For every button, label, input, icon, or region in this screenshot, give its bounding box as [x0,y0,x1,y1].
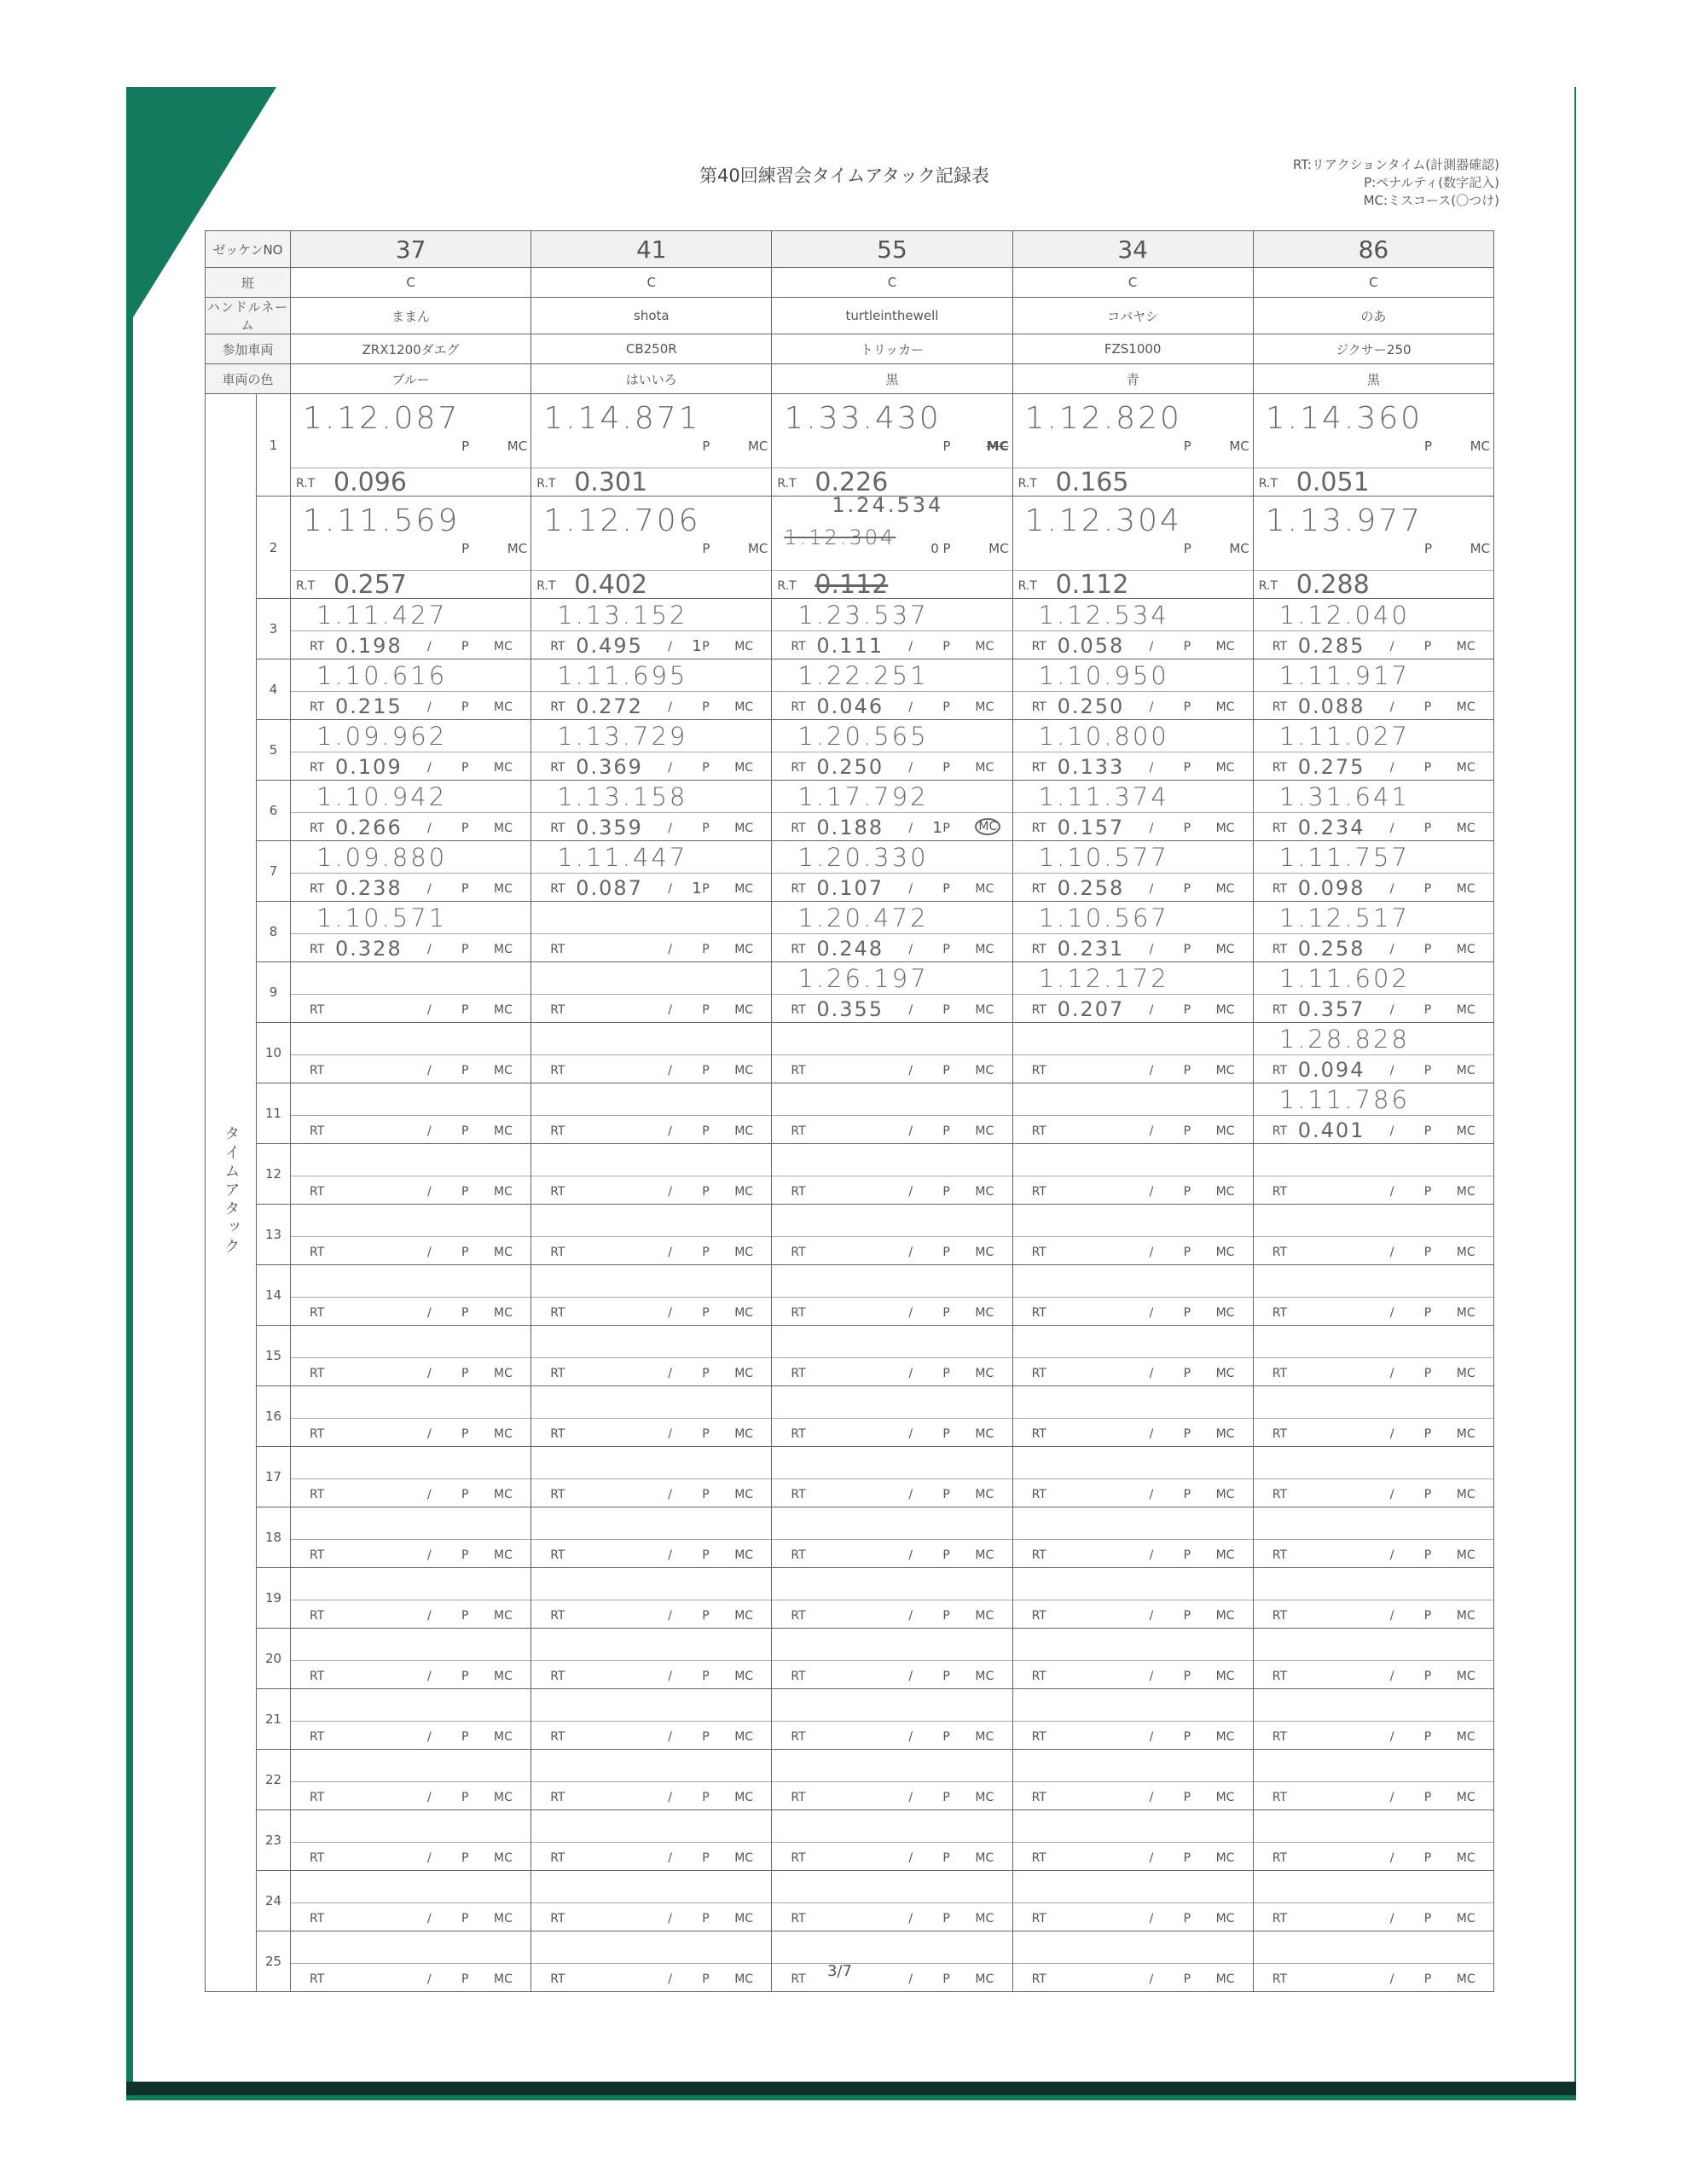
run-entry-cell[interactable]: RT/PMC [1253,1205,1493,1265]
miscourse-field-label[interactable]: MC [975,1185,994,1199]
miscourse-field-label[interactable]: MC [1457,1488,1475,1501]
miscourse-field-label[interactable]: MC [494,1246,513,1259]
run-entry-cell[interactable]: RT/PMC [531,1447,772,1507]
miscourse-field-label[interactable]: MC [494,1427,513,1441]
run-entry-cell[interactable]: RT/PMC [531,1750,772,1810]
rt-row: R.T0.301 [531,468,771,496]
run-entry-cell[interactable]: 1.33.430PMCR.T0.226 [772,394,1012,497]
run-entry-cell[interactable]: 1.14.871PMCR.T0.301 [531,394,772,497]
run-entry-cell[interactable]: RT/PMC [291,1507,531,1568]
run-entry-cell[interactable]: 1.11.427RT0.198/PMC [291,599,531,659]
run-entry-cell[interactable]: RT/PMC [1253,1810,1493,1871]
separator: / [1150,1548,1154,1562]
run-entry-cell[interactable]: RT/PMC [1012,1689,1253,1750]
miscourse-label[interactable]: MC [748,541,768,556]
run-entry-cell[interactable]: RT/PMC [1253,1507,1493,1568]
run-entry-cell[interactable]: RT/PMC [291,1205,531,1265]
miscourse-field-label[interactable]: MC [494,1003,513,1017]
miscourse-label[interactable]: MC [987,439,1009,454]
run-entry-cell[interactable]: 1.12.706PMCR.T0.402 [531,497,772,599]
rt-label: R.T [536,579,555,593]
miscourse-field-label[interactable]: MC [1216,1730,1235,1744]
run-entry-cell[interactable]: RT/PMC [291,1447,531,1507]
run-entry-cell[interactable]: RT/PMC [1253,1689,1493,1750]
run-entry-cell[interactable]: RT/PMC [1012,1750,1253,1810]
run-entry-cell[interactable]: 1.11.786RT0.401/PMC [1253,1083,1493,1144]
run-entry-cell[interactable]: RT/PMC [1012,1083,1253,1144]
separator: / [427,1367,432,1380]
penalty-value: 0 [930,541,939,556]
run-entry-cell[interactable]: RT/PMC [531,1386,772,1447]
miscourse-field-label[interactable]: MC [734,1670,753,1683]
run-entry-cell[interactable]: RT/PMC [291,1689,531,1750]
miscourse-field-label[interactable]: MC [734,943,753,956]
miscourse-field-label[interactable]: MC [1216,1548,1235,1562]
separator: / [427,1912,432,1926]
miscourse-field-label[interactable]: MC [1216,700,1235,714]
separator: / [427,1851,432,1865]
run-entry-cell[interactable]: 1.11.447RT0.087/1PMC [531,841,772,902]
run-entry-cell[interactable]: 1.20.565RT0.250/PMC [772,720,1012,781]
miscourse-field-label[interactable]: MC [1216,1912,1235,1926]
run-entry-cell[interactable]: RT/PMC [291,1386,531,1447]
miscourse-field-label[interactable]: MC [1457,1246,1475,1259]
miscourse-field-label[interactable]: MC [734,1306,753,1320]
miscourse-field-label[interactable]: MC [734,1427,753,1441]
lap-time: 1.20.472 [797,903,928,932]
miscourse-label[interactable]: MC [1229,541,1249,556]
run-entry-cell[interactable]: 1.11.027RT0.275/PMC [1253,720,1493,781]
run-entry-cell[interactable]: RT/PMC [531,1629,772,1689]
miscourse-field-label[interactable]: MC [975,1367,994,1380]
run-entry-cell[interactable]: RT/PMC [291,962,531,1023]
miscourse-field-label[interactable]: MC [734,1003,753,1017]
run-entry-cell[interactable]: 1.10.950RT0.250/PMC [1012,659,1253,720]
miscourse-field-label[interactable]: MC [1216,640,1235,653]
run-entry-cell[interactable]: 1.28.828RT0.094/PMC [1253,1023,1493,1083]
miscourse-field-label[interactable]: MC [1216,1246,1235,1259]
miscourse-field-label[interactable]: MC [1216,1124,1235,1138]
miscourse-field-label[interactable]: MC [494,1972,513,1986]
run-entry-cell[interactable]: RT/PMC [531,1023,772,1083]
run-entry-cell[interactable]: RT/PMC [1012,1871,1253,1931]
miscourse-field-label[interactable]: MC [494,1730,513,1744]
run-entry-cell[interactable]: 1.12.534RT0.058/PMC [1012,599,1253,659]
miscourse-field-label[interactable]: MC [494,1609,513,1623]
miscourse-field-label[interactable]: MC [975,1124,994,1138]
miscourse-field-label[interactable]: MC [1457,1851,1475,1865]
miscourse-field-label[interactable]: MC [975,1427,994,1441]
run-entry-cell[interactable]: 1.10.577RT0.258/PMC [1012,841,1253,902]
rt-label: R.T [777,579,796,593]
miscourse-field-label[interactable]: MC [1216,1972,1235,1986]
run-entry-cell[interactable]: RT/PMC [1012,1326,1253,1386]
miscourse-field-label[interactable]: MC [975,1306,994,1320]
run-entry-cell[interactable]: 1.09.880RT0.238/PMC [291,841,531,902]
miscourse-field-label[interactable]: MC [1457,1670,1475,1683]
miscourse-field-label[interactable]: MC [734,1912,753,1926]
miscourse-field-label[interactable]: MC [734,1791,753,1804]
run-entry-cell[interactable]: 1.13.729RT0.369/PMC [531,720,772,781]
miscourse-label[interactable]: MC [507,541,527,556]
run-entry-cell[interactable]: 1.12.087PMCR.T0.096 [291,394,531,497]
run-entry-cell[interactable]: RT/PMC [772,1023,1012,1083]
miscourse-field-label[interactable]: MC [734,1972,753,1986]
miscourse-field-label[interactable]: MC [975,818,1000,835]
run-entry-cell[interactable]: RT/PMC [1012,1447,1253,1507]
separator: / [908,882,913,896]
penalty-field-label: P [1184,1488,1191,1501]
rt-label: RT [1032,761,1046,775]
miscourse-field-label[interactable]: MC [494,640,513,653]
run-entry-cell[interactable]: RT/PMC [531,1265,772,1326]
run-entry-cell[interactable]: 1.23.537RT0.111/PMC [772,599,1012,659]
miscourse-field-label[interactable]: MC [734,1851,753,1865]
miscourse-field-label[interactable]: MC [1457,943,1475,956]
run-entry-cell[interactable]: RT/PMC [772,1386,1012,1447]
miscourse-field-label[interactable]: MC [1216,1427,1235,1441]
run-entry-cell[interactable]: 1.24.5341.12.3040 PMCR.T0.112 [772,497,1012,599]
miscourse-field-label[interactable]: MC [494,1912,513,1926]
miscourse-field-label[interactable]: MC [975,761,994,775]
run-entry-cell[interactable]: RT/PMC [291,1023,531,1083]
run-entry-cell[interactable]: RT/PMC [772,1083,1012,1144]
miscourse-field-label[interactable]: MC [734,882,753,896]
run-entry-cell[interactable]: RT/PMC [531,1083,772,1144]
run-entry-cell[interactable]: RT/PMC [291,1326,531,1386]
run-entry-cell[interactable]: RT/PMC [772,1265,1012,1326]
miscourse-field-label[interactable]: MC [734,1185,753,1199]
run-entry-cell[interactable]: RT/PMC [291,1931,531,1992]
run-entry-cell[interactable]: 1.20.330RT0.107/PMC [772,841,1012,902]
run-entry-cell[interactable]: 1.09.962RT0.109/PMC [291,720,531,781]
miscourse-field-label[interactable]: MC [1216,1003,1235,1017]
rider-bib: 34 [1012,231,1253,268]
run-entry-cell[interactable]: RT/PMC [772,1810,1012,1871]
run-entry-cell[interactable]: RT/PMC [772,1629,1012,1689]
run-entry-cell[interactable]: RT/PMC [1012,1144,1253,1205]
miscourse-field-label[interactable]: MC [494,822,513,835]
run-entry-cell[interactable]: 1.10.942RT0.266/PMC [291,781,531,841]
miscourse-field-label[interactable]: MC [734,761,753,775]
run-entry-cell[interactable]: RT/PMC [772,1326,1012,1386]
separator: / [668,882,672,896]
run-entry-cell[interactable]: 1.11.757RT0.098/PMC [1253,841,1493,902]
run-entry-cell[interactable]: RT/PMC [291,1265,531,1326]
run-entry-cell[interactable]: RT/PMC [1012,1265,1253,1326]
run-entry-cell[interactable]: RT/PMC [1253,1265,1493,1326]
miscourse-field-label[interactable]: MC [1216,1367,1235,1380]
miscourse-field-label[interactable]: MC [1457,1367,1475,1380]
run-entry-cell[interactable]: RT/PMC [1253,1871,1493,1931]
run-entry-cell[interactable]: 1.11.374RT0.157/PMC [1012,781,1253,841]
miscourse-field-label[interactable]: MC [975,1064,994,1077]
run-entry-cell[interactable]: RT/PMC [531,1689,772,1750]
lap-time: 1.10.950 [1039,661,1169,690]
run-entry-cell[interactable]: RT/PMC [772,1507,1012,1568]
miscourse-field-label[interactable]: MC [1216,1851,1235,1865]
miscourse-field-label[interactable]: MC [1216,1064,1235,1077]
run-entry-cell[interactable]: 1.14.360PMCR.T0.051 [1253,394,1493,497]
run-entry-cell[interactable]: RT/PMC [291,1750,531,1810]
miscourse-field-label[interactable]: MC [975,1972,994,1986]
run-entry-cell[interactable]: RT/PMC [531,1931,772,1992]
miscourse-field-label[interactable]: MC [1457,882,1475,896]
miscourse-field-label[interactable]: MC [975,1730,994,1744]
run-entry-cell[interactable]: RT/PMC [1253,1629,1493,1689]
run-entry-cell[interactable]: RT/PMC [531,902,772,962]
run-entry-cell[interactable]: RT/PMC [531,1507,772,1568]
penalty-field-label: P [1184,1064,1191,1077]
miscourse-field-label[interactable]: MC [494,882,513,896]
penalty-field-label: P [942,1064,949,1077]
rt-row: RT/PMC [772,1963,1012,1991]
miscourse-field-label[interactable]: MC [975,1548,994,1562]
run-entry-cell[interactable]: RT/PMC [531,1144,772,1205]
run-entry-cell[interactable]: 1.11.917RT0.088/PMC [1253,659,1493,720]
run-entry-cell[interactable]: RT/PMC [1253,1931,1493,1992]
miscourse-field-label[interactable]: MC [734,640,753,653]
group-label: 班 [206,268,291,298]
run-entry-cell[interactable]: 1.22.251RT0.046/PMC [772,659,1012,720]
rt-label: RT [550,700,565,714]
run-entry-cell[interactable]: 1.12.172RT0.207/PMC [1012,962,1253,1023]
separator: / [427,1972,432,1986]
miscourse-label[interactable]: MC [748,439,768,454]
miscourse-field-label[interactable]: MC [1216,1488,1235,1501]
run-entry-cell[interactable]: RT/PMC [772,1447,1012,1507]
miscourse-field-label[interactable]: MC [734,1488,753,1501]
run-entry-cell[interactable]: RT/PMC [531,1205,772,1265]
miscourse-field-label[interactable]: MC [975,1851,994,1865]
run-entry-cell[interactable]: RT/PMC [531,1810,772,1871]
miscourse-field-label[interactable]: MC [734,1124,753,1138]
miscourse-field-label[interactable]: MC [975,1791,994,1804]
run-entry-cell[interactable]: RT/PMC [772,1689,1012,1750]
run-entry-cell[interactable]: RT/PMC [1012,1810,1253,1871]
run-entry-cell[interactable]: RT/PMC [1253,1568,1493,1629]
miscourse-field-label[interactable]: MC [1457,1124,1475,1138]
miscourse-field-label[interactable]: MC [494,943,513,956]
miscourse-field-label[interactable]: MC [1457,1730,1475,1744]
miscourse-field-label[interactable]: MC [975,1609,994,1623]
miscourse-field-label[interactable]: MC [1457,1064,1475,1077]
run-entry-cell[interactable]: RT/PMC [1012,1023,1253,1083]
run-entry-cell[interactable]: RT/PMC [772,1750,1012,1810]
miscourse-field-label[interactable]: MC [1216,1306,1235,1320]
miscourse-field-label[interactable]: MC [1457,1912,1475,1926]
miscourse-field-label[interactable]: MC [1216,761,1235,775]
run-entry-cell[interactable]: RT/PMC [772,1871,1012,1931]
rt-row: RT/PMC [772,1660,1012,1688]
miscourse-field-label[interactable]: MC [975,1003,994,1017]
miscourse-field-label[interactable]: MC [494,761,513,775]
run-entry-cell[interactable]: 1.26.197RT0.355/PMC [772,962,1012,1023]
miscourse-field-label[interactable]: MC [1457,822,1475,835]
miscourse-field-label[interactable]: MC [1216,1185,1235,1199]
miscourse-field-label[interactable]: MC [494,1488,513,1501]
run-entry-cell[interactable]: RT/PMC [1253,1447,1493,1507]
miscourse-field-label[interactable]: MC [1216,822,1235,835]
run-entry-cell[interactable]: RT/PMC [772,1205,1012,1265]
miscourse-field-label[interactable]: MC [734,1367,753,1380]
miscourse-field-label[interactable]: MC [734,700,753,714]
run-entry-cell[interactable]: 1.11.569PMCR.T0.257 [291,497,531,599]
run-entry-cell[interactable]: RT/PMC [1012,1931,1253,1992]
run-entry-cell[interactable]: RT/PMC [291,1871,531,1931]
miscourse-field-label[interactable]: MC [734,1548,753,1562]
run-entry-cell[interactable]: RT/PMC [1253,1326,1493,1386]
miscourse-field-label[interactable]: MC [1457,1791,1475,1804]
miscourse-field-label[interactable]: MC [975,882,994,896]
run-entry-cell[interactable]: RT/PMC [291,1568,531,1629]
miscourse-field-label[interactable]: MC [494,1670,513,1683]
run-entry-cell[interactable]: RT/PMC [291,1810,531,1871]
miscourse-field-label[interactable]: MC [975,640,994,653]
run-entry-cell[interactable]: RT/PMC [531,1568,772,1629]
rt-row: RT/PMC [531,1115,771,1143]
penalty-field-label: P [1424,1972,1431,1986]
run-entry-cell[interactable]: 1.13.152RT0.495/1PMC [531,599,772,659]
reaction-time: 0.107 [816,876,884,900]
miscourse-field-label[interactable]: MC [1457,640,1475,653]
run-entry-cell[interactable]: 1.10.571RT0.328/PMC [291,902,531,962]
run-entry-cell[interactable]: 1.10.800RT0.133/PMC [1012,720,1253,781]
miscourse-field-label[interactable]: MC [494,1791,513,1804]
miscourse-label[interactable]: MC [988,541,1008,556]
run-entry-cell[interactable]: 1.11.695RT0.272/PMC [531,659,772,720]
run-entry-cell[interactable]: 1.11.602RT0.357/PMC [1253,962,1493,1023]
miscourse-label[interactable]: MC [1229,439,1249,454]
run-number: 6 [257,781,291,841]
miscourse-field-label[interactable]: MC [1216,943,1235,956]
miscourse-field-label[interactable]: MC [1216,1791,1235,1804]
miscourse-field-label[interactable]: MC [1457,700,1475,714]
run-entry-cell[interactable]: RT/PMC [531,1871,772,1931]
run-number: 8 [257,902,291,962]
reaction-time: 0.094 [1298,1058,1365,1082]
rt-row: RT/PMC [1013,1478,1253,1507]
run-entry-cell[interactable]: RT/PMC [1253,1144,1493,1205]
run-entry-cell[interactable]: 1.12.304PMCR.T0.112 [1012,497,1253,599]
lap-time: 1.13.152 [557,601,687,630]
run-entry-cell[interactable]: RT/PMC [291,1629,531,1689]
miscourse-field-label[interactable]: MC [734,1246,753,1259]
rider-handle: のあ [1253,298,1493,334]
separator: / [1390,640,1394,653]
miscourse-label[interactable]: MC [1470,439,1490,454]
run-entry-cell[interactable]: RT/PMC [1012,1507,1253,1568]
miscourse-field-label[interactable]: MC [494,1124,513,1138]
run-entry-cell[interactable]: RT/PMC [1012,1386,1253,1447]
run-entry-cell[interactable]: 1.20.472RT0.248/PMC [772,902,1012,962]
miscourse-field-label[interactable]: MC [975,1912,994,1926]
separator: / [1390,882,1394,896]
miscourse-field-label[interactable]: MC [975,943,994,956]
run-entry-cell[interactable]: RT/PMC [1253,1750,1493,1810]
run-entry-cell[interactable]: 1.10.616RT0.215/PMC [291,659,531,720]
run-entry-cell[interactable]: RT/PMC [531,962,772,1023]
miscourse-field-label[interactable]: MC [1457,1306,1475,1320]
miscourse-field-label[interactable]: MC [1457,1427,1475,1441]
rt-label: RT [1272,1124,1287,1138]
miscourse-field-label[interactable]: MC [1216,1670,1235,1683]
miscourse-field-label[interactable]: MC [734,1609,753,1623]
rt-row: RT/PMC [1254,1721,1493,1749]
run-entry-cell[interactable]: RT/PMC [1012,1568,1253,1629]
miscourse-field-label[interactable]: MC [975,1488,994,1501]
miscourse-field-label[interactable]: MC [494,1851,513,1865]
run-entry-cell[interactable]: RT/PMC [291,1083,531,1144]
miscourse-field-label[interactable]: MC [494,1367,513,1380]
run-entry-cell[interactable]: RT/PMC [772,1931,1012,1992]
penalty-field-label: P [1184,1609,1191,1623]
rt-label: RT [310,1548,324,1562]
miscourse-field-label[interactable]: MC [734,1064,753,1077]
miscourse-field-label[interactable]: MC [1216,1609,1235,1623]
run-entry-cell[interactable]: RT/PMC [291,1144,531,1205]
miscourse-label[interactable]: MC [507,439,527,454]
miscourse-field-label[interactable]: MC [975,700,994,714]
rider-bib: 86 [1253,231,1493,268]
miscourse-field-label[interactable]: MC [1457,1185,1475,1199]
run-entry-cell[interactable]: 1.12.040RT0.285/PMC [1253,599,1493,659]
rt-row: RT/PMC [1013,1781,1253,1809]
miscourse-field-label[interactable]: MC [494,1306,513,1320]
miscourse-field-label[interactable]: MC [975,1246,994,1259]
run-entry-cell[interactable]: RT/PMC [1012,1205,1253,1265]
run-entry-cell[interactable]: 1.31.641RT0.234/PMC [1253,781,1493,841]
miscourse-field-label[interactable]: MC [1457,1003,1475,1017]
separator: / [427,1548,432,1562]
run-entry-cell[interactable]: RT/PMC [531,1326,772,1386]
reaction-time: 0.250 [1058,694,1125,718]
miscourse-field-label[interactable]: MC [734,822,753,835]
rt-label: RT [791,1972,805,1986]
penalty-field-label: P [702,1730,709,1744]
run-entry-cell[interactable]: RT/PMC [1012,1629,1253,1689]
run-entry-cell[interactable]: 1.17.792RT0.188/1PMC [772,781,1012,841]
miscourse-field-label[interactable]: MC [1457,1548,1475,1562]
run-entry-cell[interactable]: 1.13.977PMCR.T0.288 [1253,497,1493,599]
miscourse-field-label[interactable]: MC [1216,882,1235,896]
run-entry-cell[interactable]: 1.12.820PMCR.T0.165 [1012,394,1253,497]
separator: / [427,1306,432,1320]
run-row: 14RT/PMCRT/PMCRT/PMCRT/PMCRT/PMC [206,1265,1494,1326]
separator: / [668,1367,672,1380]
run-entry-cell[interactable]: 1.13.158RT0.359/PMC [531,781,772,841]
run-entry-cell[interactable]: 1.12.517RT0.258/PMC [1253,902,1493,962]
miscourse-field-label[interactable]: MC [1457,761,1475,775]
miscourse-field-label[interactable]: MC [494,1185,513,1199]
miscourse-label[interactable]: MC [1470,541,1490,556]
miscourse-field-label[interactable]: MC [494,1548,513,1562]
run-entry-cell[interactable]: RT/PMC [772,1144,1012,1205]
penalty-field-label: P [1424,1367,1431,1380]
run-entry-cell[interactable]: RT/PMC [1253,1386,1493,1447]
miscourse-field-label[interactable]: MC [734,1730,753,1744]
miscourse-field-label[interactable]: MC [975,1670,994,1683]
run-entry-cell[interactable]: 1.10.567RT0.231/PMC [1012,902,1253,962]
run-number: 15 [257,1326,291,1386]
rider-handle: turtleinthewell [772,298,1012,334]
miscourse-field-label[interactable]: MC [1457,1609,1475,1623]
miscourse-field-label[interactable]: MC [494,700,513,714]
separator: / [1150,1124,1154,1138]
run-entry-cell[interactable]: RT/PMC [772,1568,1012,1629]
miscourse-field-label[interactable]: MC [1457,1972,1475,1986]
miscourse-field-label[interactable]: MC [494,1064,513,1077]
